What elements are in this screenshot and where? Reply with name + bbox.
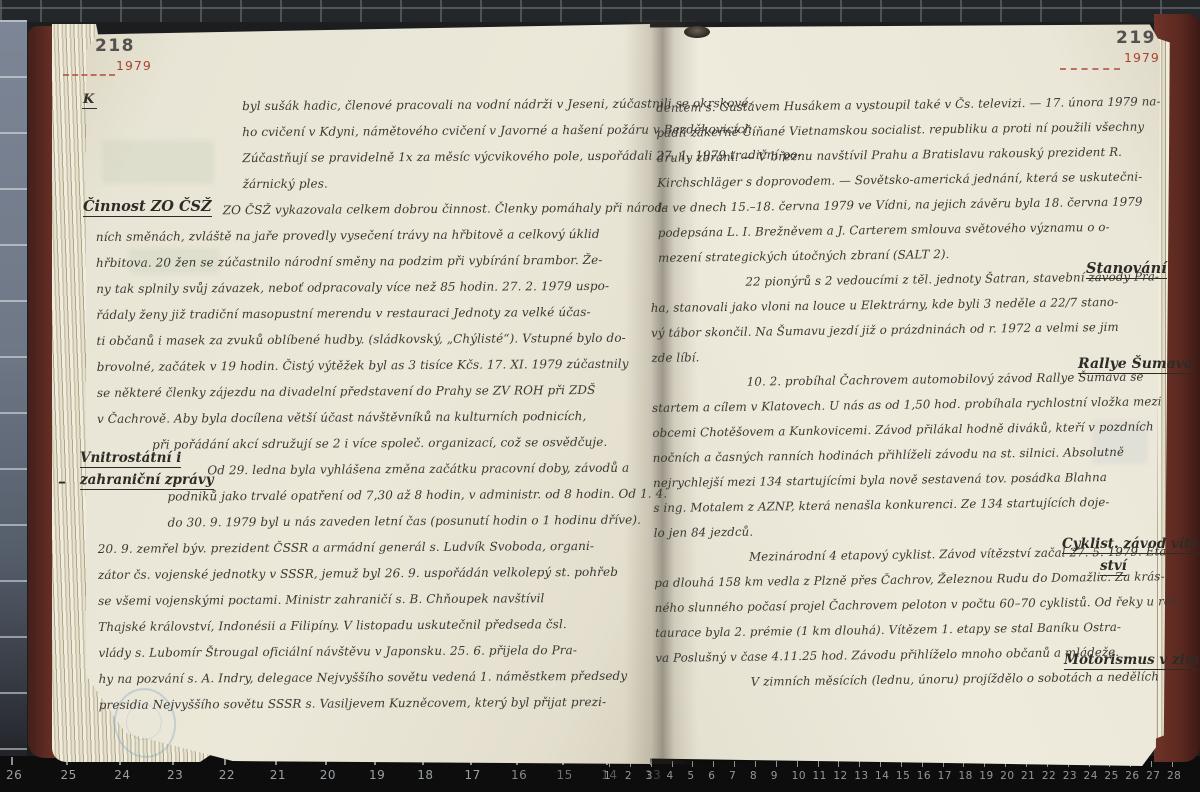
side-measurement-strip bbox=[0, 20, 27, 792]
scale-number: 3 bbox=[646, 770, 653, 782]
scale-number: 27 bbox=[1146, 770, 1160, 782]
photographed-chronicle-scan: 2625242322212019181716151413 12345678910… bbox=[0, 0, 1200, 792]
margin-dash: – bbox=[58, 472, 66, 491]
year-stamp-left: 1979 bbox=[116, 58, 152, 73]
year-dash-right bbox=[1060, 68, 1120, 70]
scale-number: 18 bbox=[958, 770, 972, 782]
scale-number: 24 bbox=[114, 768, 130, 782]
scale-number: 12 bbox=[833, 770, 847, 782]
scale-number: 23 bbox=[1063, 770, 1077, 782]
scale-number: 1 bbox=[604, 770, 611, 782]
scale-number: 20 bbox=[1000, 770, 1014, 782]
scale-number: 7 bbox=[729, 770, 736, 782]
scale-number: 21 bbox=[1021, 770, 1035, 782]
scale-tick bbox=[11, 757, 13, 765]
scale-number: 26 bbox=[6, 768, 22, 782]
scale-number: 28 bbox=[1167, 770, 1181, 782]
scale-number: 19 bbox=[369, 768, 385, 782]
scale-number: 17 bbox=[465, 768, 481, 782]
year-stamp-right: 1979 bbox=[1124, 50, 1160, 65]
open-chronicle-book: 218 1979 K Činnost ZO ČSŽ Vnitrostátní i… bbox=[28, 12, 1200, 764]
scale-number: 23 bbox=[167, 768, 183, 782]
scale-number: 25 bbox=[1104, 770, 1118, 782]
scale-number: 19 bbox=[979, 770, 993, 782]
scale-number: 15 bbox=[896, 770, 910, 782]
scale-number: 6 bbox=[708, 770, 715, 782]
page-number-left: 218 bbox=[95, 36, 135, 56]
right-page-handwriting: dentem s. Gustávem Husákem a vystoupil t… bbox=[648, 89, 1182, 696]
scale-number: 16 bbox=[511, 768, 527, 782]
scale-number: 2 bbox=[625, 770, 632, 782]
scale-number: 14 bbox=[875, 770, 889, 782]
page-number-right: 219 bbox=[1116, 28, 1156, 48]
scale-number: 24 bbox=[1084, 770, 1098, 782]
scale-number: 8 bbox=[750, 770, 757, 782]
scale-number: 17 bbox=[938, 770, 952, 782]
scale-number: 18 bbox=[417, 768, 433, 782]
scale-number: 4 bbox=[667, 770, 674, 782]
scale-number: 15 bbox=[557, 768, 573, 782]
scale-number: 21 bbox=[270, 768, 286, 782]
scale-number: 26 bbox=[1125, 770, 1139, 782]
spine-headband bbox=[684, 26, 710, 38]
scale-number: 25 bbox=[61, 768, 77, 782]
scale-number: 20 bbox=[320, 768, 336, 782]
scale-number: 9 bbox=[771, 770, 778, 782]
scale-number: 5 bbox=[687, 770, 694, 782]
scale-number: 22 bbox=[1042, 770, 1056, 782]
year-dash-left bbox=[63, 74, 115, 76]
scale-number: 16 bbox=[917, 770, 931, 782]
scale-number: 11 bbox=[813, 770, 827, 782]
scale-number: 10 bbox=[792, 770, 806, 782]
scale-number: 22 bbox=[219, 768, 235, 782]
scale-number: 13 bbox=[854, 770, 868, 782]
